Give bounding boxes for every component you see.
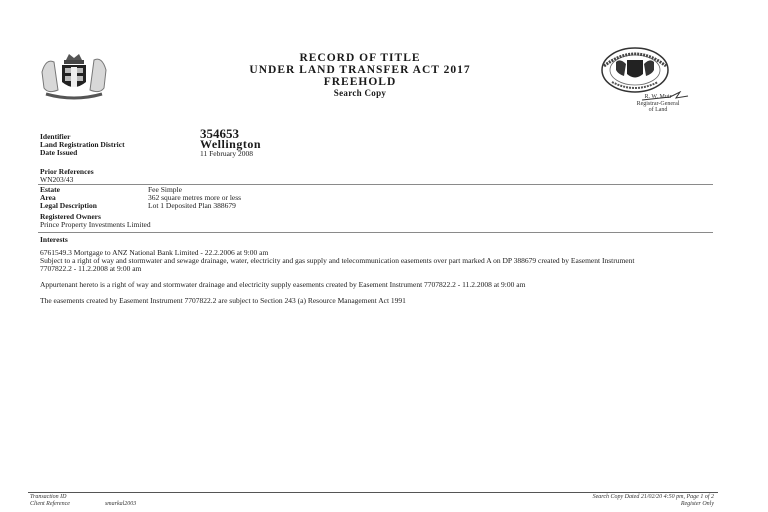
- register-only: Register Only: [593, 501, 714, 508]
- title-line-1: RECORD OF TITLE: [180, 52, 540, 64]
- date-issued-value: 11 February 2008: [200, 150, 253, 158]
- registrar-title-2: of Land: [608, 107, 708, 114]
- title-line-2: UNDER LAND TRANSFER ACT 2017: [180, 64, 540, 76]
- interest-paragraph: Subject to a right of way and stormwater…: [40, 257, 640, 273]
- document-title: RECORD OF TITLE UNDER LAND TRANSFER ACT …: [180, 52, 540, 99]
- estate-label: Estate: [40, 186, 148, 194]
- divider: [38, 232, 713, 233]
- registrar-signature-block: R. W. Muir Registrar-General of Land: [608, 94, 708, 114]
- date-issued-label: Date Issued: [40, 149, 125, 157]
- legal-description-label: Legal Description: [40, 202, 148, 210]
- transaction-id-label: Transaction ID: [30, 494, 136, 501]
- client-reference-label: Client Reference: [30, 501, 70, 507]
- legal-description-row: Legal Description Lot 1 Deposited Plan 3…: [40, 202, 236, 210]
- registrar-seal-icon: [600, 46, 670, 94]
- identifier-labels: Identifier Land Registration District Da…: [40, 133, 125, 157]
- divider: [38, 184, 713, 185]
- search-copy-dated: Search Copy Dated 21/02/20 4:50 pm, Page…: [593, 494, 714, 501]
- client-reference: Client Referencesmarkal2003: [30, 501, 136, 508]
- footer-divider: [28, 492, 718, 493]
- interests-label: Interests: [40, 236, 68, 244]
- prior-references-value: WN203/43: [40, 176, 73, 184]
- interest-paragraph: Appurtenant hereto is a right of way and…: [40, 281, 600, 289]
- footer-right: Search Copy Dated 21/02/20 4:50 pm, Page…: [593, 494, 714, 508]
- interest-paragraph: The easements created by Easement Instru…: [40, 297, 640, 305]
- footer-left: Transaction ID Client Referencesmarkal20…: [30, 494, 136, 508]
- legal-description-value: Lot 1 Deposited Plan 388679: [148, 202, 236, 210]
- client-reference-value: smarkal2003: [105, 501, 136, 507]
- title-line-3: FREEHOLD: [180, 76, 540, 88]
- coat-of-arms-icon: [36, 50, 112, 102]
- document-subtitle: Search Copy: [180, 88, 540, 99]
- registered-owners-value: Prince Property Investments Limited: [40, 221, 151, 229]
